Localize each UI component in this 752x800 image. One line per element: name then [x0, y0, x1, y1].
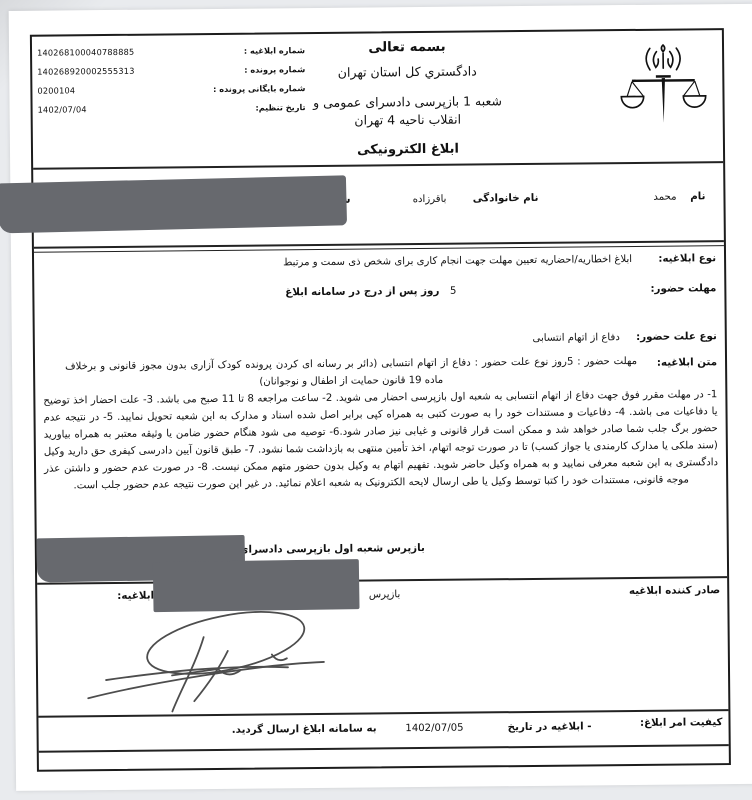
deadline-label: مهلت حضور:	[650, 282, 716, 295]
case-number-value: 140268920002555313	[37, 66, 134, 77]
delivery-label: کیفیت امر ابلاغ:	[640, 716, 723, 729]
notice-body-text: 1- در مهلت مقرر فوق جهت دفاع از اتهام ان…	[43, 386, 718, 494]
notice-body-intro: مهلت حضور : 5روز نوع علت حضور : دفاع از …	[65, 353, 637, 392]
issue-date-label: تاریخ تنظیم:	[255, 102, 305, 112]
delivery-date: 1402/07/05	[405, 723, 463, 735]
notice-number-label: شماره ابلاغیه :	[244, 45, 305, 56]
deadline-number: 5	[450, 286, 457, 297]
last-name-label: نام خانوادگی	[473, 192, 539, 205]
notice-type-value: ابلاغ اخطاریه/احضاریه تعیین مهلت جهت انج…	[283, 254, 632, 268]
header-reference-numbers: شماره ابلاغیه : 140268100040788885 شماره…	[37, 45, 306, 124]
delivery-prefix: - ابلاغیه در تاریخ	[508, 720, 592, 733]
issuer-label: صادر کننده ابلاغیه	[629, 584, 720, 597]
notice-number-value: 140268100040788885	[37, 47, 134, 58]
first-name-value: محمد	[653, 192, 676, 203]
delivery-suffix: به سامانه ابلاغ ارسال گردید.	[232, 722, 377, 735]
judiciary-scales-emblem-icon	[620, 34, 707, 135]
reason-value: دفاع از اتهام انتسابی	[532, 332, 619, 344]
last-name-value: باقرزاده	[413, 194, 447, 205]
notice-number-row: شماره ابلاغیه : 140268100040788885	[37, 45, 305, 58]
issue-date-value: 1402/07/04	[38, 104, 87, 114]
redaction-box-national-id	[0, 175, 347, 233]
archive-number-label: شماره بایگانی پرونده :	[213, 83, 305, 94]
header-divider	[33, 161, 723, 169]
deadline-text: روز پس از درج در سامانه ابلاغ	[285, 285, 439, 298]
redaction-box-issuer-name	[153, 559, 360, 612]
archive-number-value: 0200104	[37, 85, 75, 95]
reason-label: نوع علت حضور:	[636, 330, 717, 343]
issuer-role: بازپرس	[369, 589, 401, 600]
handwritten-signature	[73, 604, 338, 717]
archive-number-row: شماره بایگانی پرونده : 0200104	[37, 83, 305, 96]
issue-date-row: تاریخ تنظیم: 1402/07/04	[38, 102, 306, 115]
notice-body-label: متن ابلاغیه:	[657, 356, 717, 369]
document-frame: بسمه تعالی دادگستري کل استان تهران شعبه …	[30, 28, 731, 772]
notice-type-label: نوع ابلاغیه:	[658, 252, 716, 265]
document-page: بسمه تعالی دادگستري کل استان تهران شعبه …	[9, 4, 752, 791]
case-number-label: شماره پرونده :	[244, 64, 305, 75]
scanned-photo-background: بسمه تعالی دادگستري کل استان تهران شعبه …	[0, 0, 752, 800]
case-number-row: شماره پرونده : 140268920002555313	[37, 64, 305, 77]
first-name-label: نام	[690, 190, 705, 202]
document-type-title: ابلاغ الکترونیکی	[243, 141, 573, 159]
bottom-divider	[39, 744, 729, 752]
